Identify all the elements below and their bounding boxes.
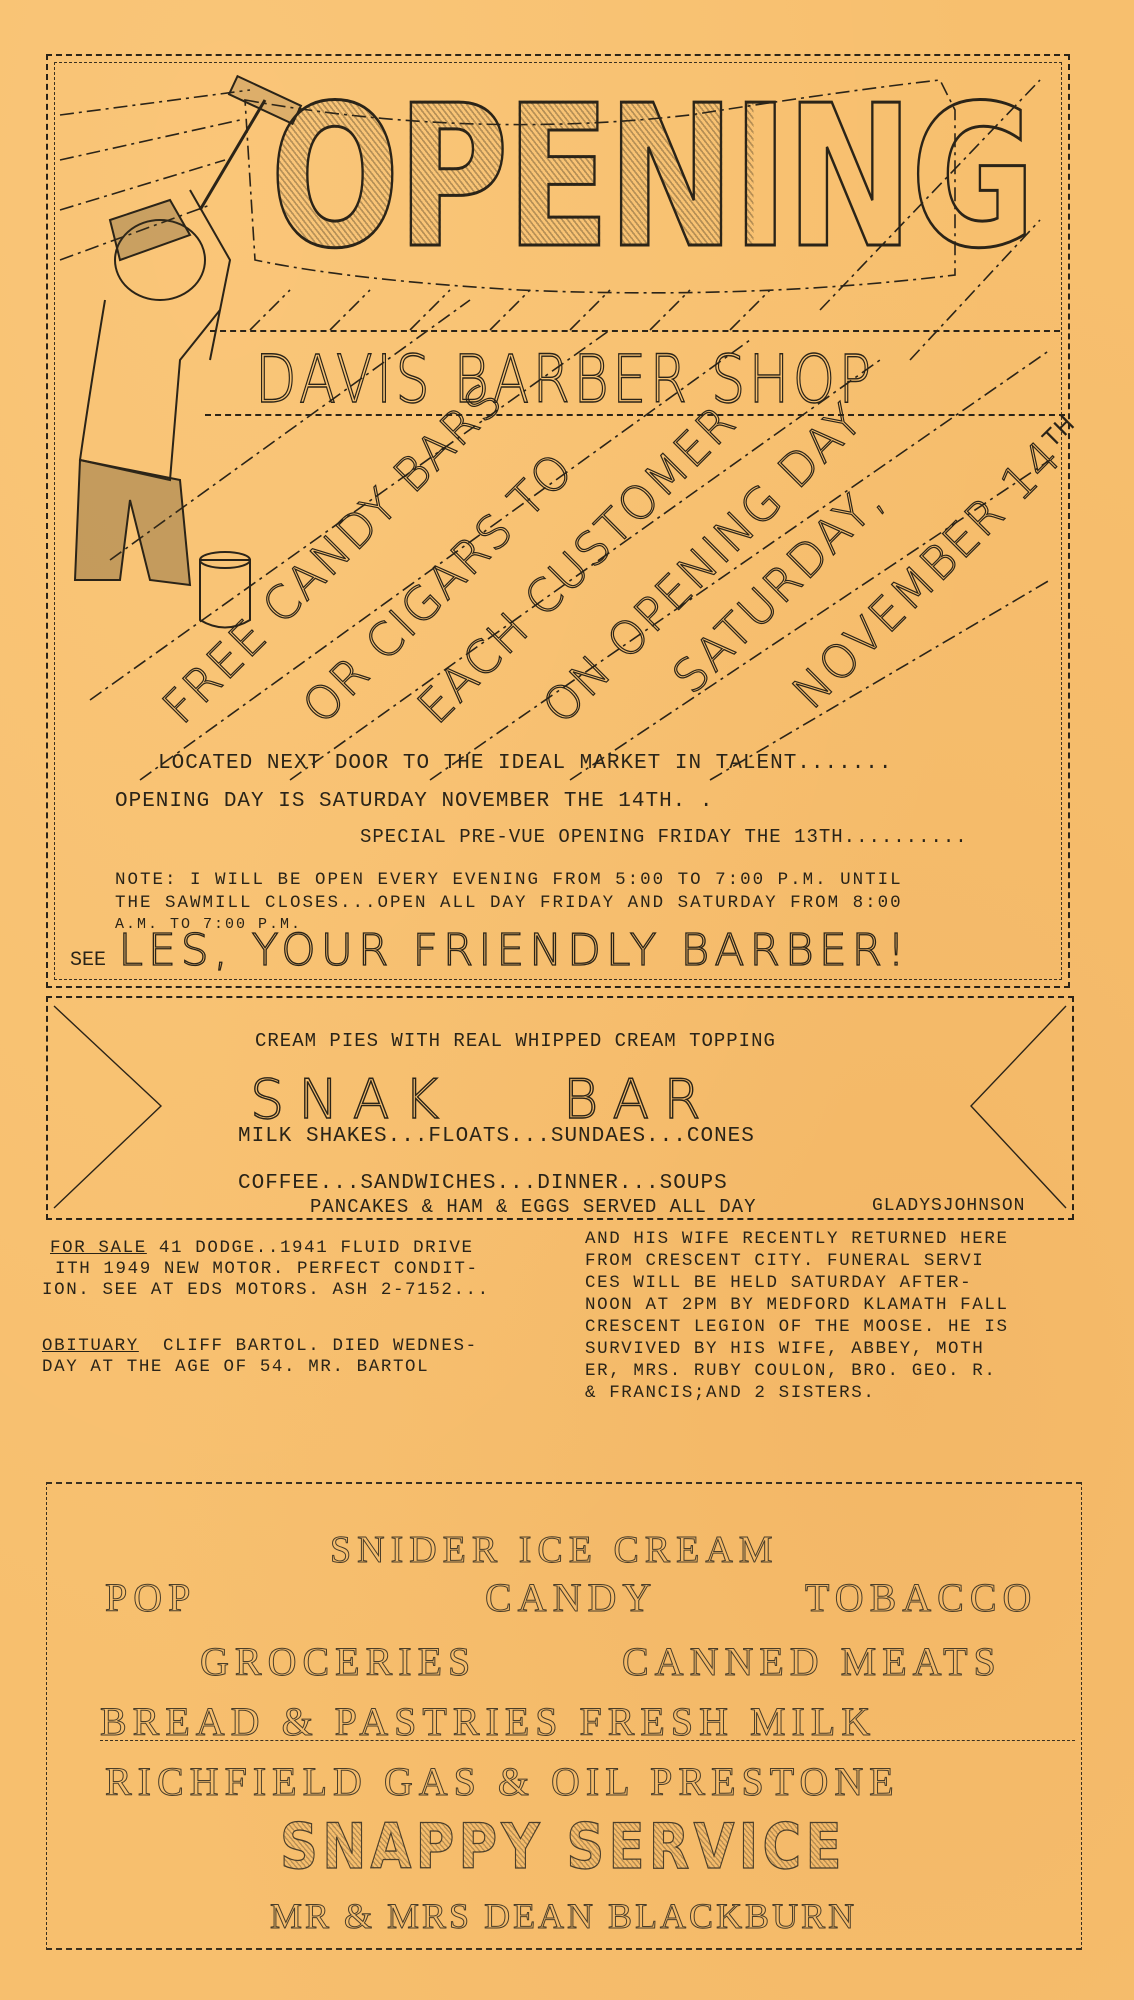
obituary-line-1: CLIFF BARTOL. DIED WEDNES- [139,1336,478,1356]
store-item-bread-milk: BREAD & PASTRIES FRESH MILK [100,1698,876,1745]
snappy-service-slogan: SNAPPY SERVICE [280,1810,846,1883]
note-line-1: NOTE: I WILL BE OPEN EVERY EVENING FROM … [115,870,903,890]
for-sale-line-3: ION. SEE AT EDS MOTORS. ASH 2-7152... [42,1280,490,1301]
store-item-gas-oil: RICHFIELD GAS & OIL PRESTONE [105,1758,900,1805]
breakfast-line: PANCAKES & HAM & EGGS SERVED ALL DAY [310,1196,756,1218]
store-item-groceries: GROCERIES [200,1638,476,1685]
cream-pies-line: CREAM PIES WITH REAL WHIPPED CREAM TOPPI… [255,1030,776,1052]
friendly-barber-tagline: LES, YOUR FRIENDLY BARBER! [118,925,909,976]
snak-bar-proprietor: GLADYSJOHNSON [872,1196,1025,1216]
obituary-ad: OBITUARY CLIFF BARTOL. DIED WEDNES- [42,1336,478,1357]
opening-day-line: OPENING DAY IS SATURDAY NOVEMBER THE 14T… [115,790,714,813]
snak-bar-title: SNAKBAR [250,1068,715,1131]
for-sale-line-2: ITH 1949 NEW MOTOR. PERFECT CONDIT- [55,1259,479,1280]
obituary-continued-6: SURVIVED BY HIS WIFE, ABBEY, MOTH [585,1339,984,1360]
obituary-continued-7: ER, MRS. RUBY COULON, BRO. GEO. R. [585,1361,996,1382]
store-item-candy: CANDY [485,1574,657,1621]
store-ad-divider [100,1740,1075,1741]
obituary-continued-1: AND HIS WIFE RECENTLY RETURNED HERE [585,1229,1009,1250]
store-item-pop: POP [105,1574,196,1621]
food-line: COFFEE...SANDWICHES...DINNER...SOUPS [238,1172,728,1195]
for-sale-heading: FOR SALE [50,1238,147,1258]
obituary-continued-5: CRESCENT LEGION OF THE MOOSE. HE IS [585,1317,1009,1338]
friendly-barber-line: SEE LES, YOUR FRIENDLY BARBER! [70,925,910,976]
pre-vue-line: SPECIAL PRE-VUE OPENING FRIDAY THE 13TH.… [360,826,968,848]
shop-name-rule-bottom [205,414,1065,416]
snider-ice-cream: SNIDER ICE CREAM [330,1528,779,1572]
obituary-continued-3: CES WILL BE HELD SATURDAY AFTER- [585,1273,972,1294]
shop-name-heading: DAVIS BARBER SHOP [255,340,911,420]
note-line-2: THE SAWMILL CLOSES...OPEN ALL DAY FRIDAY… [115,893,903,913]
opening-headline: OPENING [270,78,754,278]
obituary-heading: OBITUARY [42,1336,139,1356]
for-sale-ad: FOR SALE 41 DODGE..1941 FLUID DRIVE [50,1238,474,1259]
snak-title-word-1: SNAK [250,1068,453,1131]
store-owners: MR & MRS DEAN BLACKBURN [270,1895,857,1937]
obituary-continued-2: FROM CRESCENT CITY. FUNERAL SERVI [585,1251,984,1272]
store-item-tobacco: TOBACCO [805,1574,1037,1621]
drinks-line: MILK SHAKES...FLOATS...SUNDAES...CONES [238,1125,755,1148]
obituary-line-2: DAY AT THE AGE OF 54. MR. BARTOL [42,1357,429,1378]
shop-name-rule-top [210,330,1060,332]
obituary-continued-8: & FRANCIS;AND 2 SISTERS. [585,1383,875,1404]
for-sale-line-1: 41 DODGE..1941 FLUID DRIVE [147,1238,474,1258]
see-prefix: SEE [70,949,106,972]
obituary-continued-4: NOON AT 2PM BY MEDFORD KLAMATH FALL [585,1295,1009,1316]
snak-title-word-2: BAR [563,1068,715,1131]
location-line: LOCATED NEXT DOOR TO THE IDEAL MARKET IN… [158,752,893,775]
store-item-canned-meats: CANNED MEATS [622,1638,1002,1685]
